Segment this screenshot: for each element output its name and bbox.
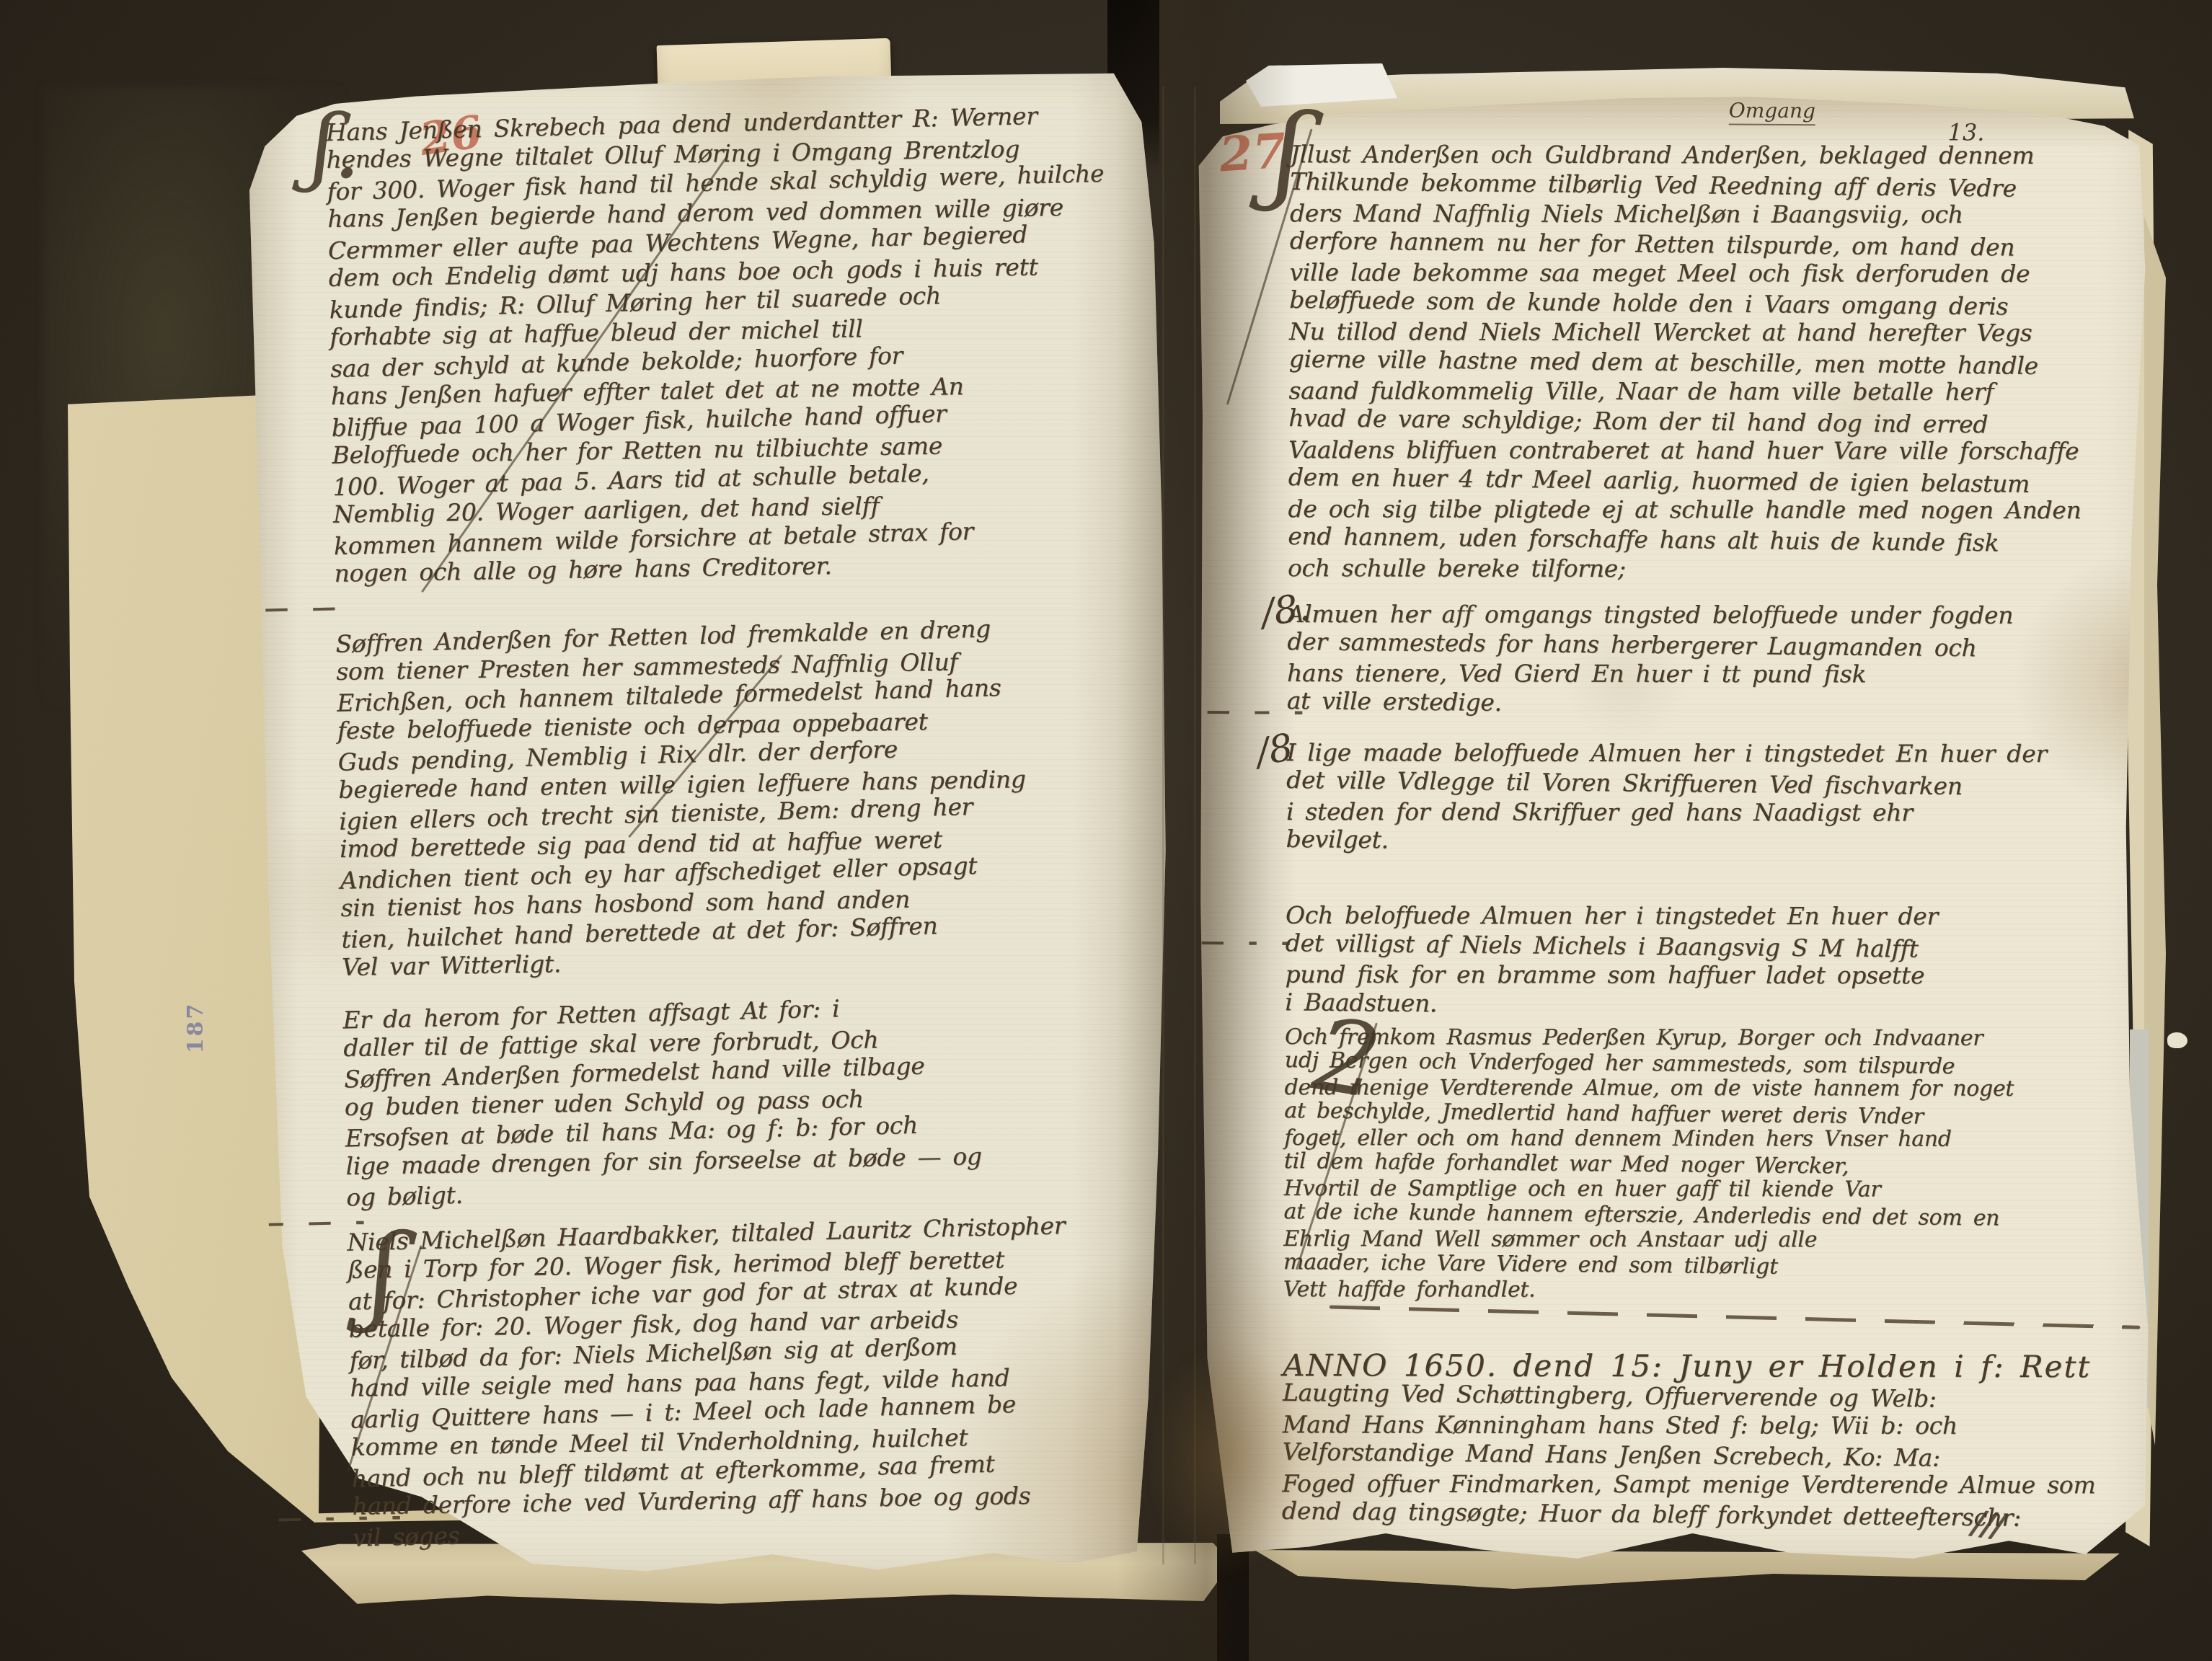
manuscript-paragraph-anno-1650: ANNO 1650. dend 15: Juny er Holden i f: … (1282, 1349, 2097, 1531)
manuscript-line: det villigst af Niels Michels i Baangsvi… (1286, 928, 1938, 964)
manuscript-paragraph: Och beloffuede Almuen her i tingstedet E… (1285, 899, 1938, 1022)
paper-chip (2167, 1032, 2187, 1048)
header-note: Omgang (1729, 99, 1815, 126)
manuscript-line: foget, eller och om hand dennem Minden h… (1284, 1125, 2014, 1152)
manuscript-line: ville lade bekomme saa meget Meel och fi… (1289, 257, 2082, 288)
manuscript-paragraph: Hans Jenßen Skrebech paa dend underdantt… (325, 101, 1111, 589)
manuscript-line: Mand Hans Kønningham hans Sted f: belg; … (1283, 1409, 2096, 1440)
manuscript-paragraph: Och fremkom Rasmus Pederßen Kyrup, Borge… (1283, 1023, 2014, 1305)
manuscript-line: i steden for dend Skriffuer ged hans Naa… (1286, 797, 2047, 828)
margin-dash-mark: — - - (1200, 927, 1299, 957)
manuscript-line: ANNO 1650. dend 15: Juny er Holden i f: … (1283, 1350, 2096, 1381)
manuscript-line: och schulle bereke tilforne; (1288, 553, 2081, 584)
manuscript-line: Nu tillod dend Niels Michell Wercket at … (1289, 316, 2082, 347)
manuscript-paragraph: Er da herom for Retten affsagt At for: i… (342, 992, 983, 1211)
manuscript-paragraph: Søffren Anderßen for Retten lod fremkald… (335, 614, 1030, 982)
manuscript-line: der sammesteds for hans herbergerer Laug… (1287, 626, 2013, 663)
manuscript-line: Almuen her aff omgangs tingsted beloffue… (1288, 599, 2014, 630)
manuscript-line: at ville erstedige. (1287, 686, 2013, 722)
manuscript-scan: 187 26 ʃ. — — ‒ — - ʃ — - - - Hans Jenße… (0, 0, 2212, 1661)
manuscript-paragraph: Almuen her aff omgangs tingsted beloffue… (1287, 598, 2014, 720)
margin-dash-mark: — — (264, 593, 344, 623)
manuscript-line: dend dag tingsøgte; Huor da bleff forkyn… (1282, 1496, 2096, 1533)
manuscript-line: I lige maade beloffuede Almuen her i tin… (1286, 738, 2047, 769)
manuscript-line: Och beloffuede Almuen her i tingstedet E… (1286, 900, 1938, 931)
manuscript-line: dend menige Verdterende Almue, om de vis… (1285, 1075, 2014, 1102)
manuscript-line: Vaaldens bliffuen contraberet at hand hu… (1288, 435, 2082, 466)
manuscript-paragraph: Niels Michelßøn Haardbakker, tiltaled La… (347, 1212, 1071, 1551)
manuscript-paragraph: Jllust Anderßen och Guldbrand Anderßen, … (1288, 138, 2084, 586)
archival-stamp-number: 187 (183, 1002, 208, 1054)
manuscript-paragraph: I lige maade beloffuede Almuen her i tin… (1286, 736, 2047, 859)
manuscript-line: i Baadstuen. (1285, 987, 1937, 1023)
right-page-ink-layer: 27 ʃ Omgang 13. /8. — ‒ - /8 — - - 2 ///… (1194, 92, 2147, 1562)
manuscript-line: bevilget. (1286, 824, 2046, 861)
manuscript-line: de och sig tilbe pligtede ej at schulle … (1288, 494, 2081, 525)
manuscript-line: Hvortil de Samptlige och en huer gaff ti… (1284, 1176, 2014, 1202)
manuscript-line: Och fremkom Rasmus Pederßen Kyrup, Borge… (1285, 1024, 2014, 1051)
manuscript-line: Ehrlig Mand Well sømmer och Anstaar udj … (1283, 1226, 2013, 1253)
manuscript-line: Foged offuer Findmarken, Sampt menige Ve… (1282, 1469, 2095, 1500)
manuscript-line: Vett haffde forhandlet. (1283, 1277, 2013, 1303)
manuscript-line: hans tienere, Ved Gierd En huer i tt pun… (1287, 658, 2013, 689)
entry-divider-line (1330, 1305, 2141, 1329)
manuscript-line: Jllust Anderßen och Guldbrand Anderßen, … (1290, 139, 2083, 170)
manuscript-line: pund fisk for en bramme som haffuer lade… (1285, 960, 1937, 991)
manuscript-line: ders Mand Naffnlig Niels Michelßøn i Baa… (1290, 198, 2083, 229)
manuscript-line: saand fuldkommelig Ville, Naar de ham vi… (1288, 376, 2082, 407)
